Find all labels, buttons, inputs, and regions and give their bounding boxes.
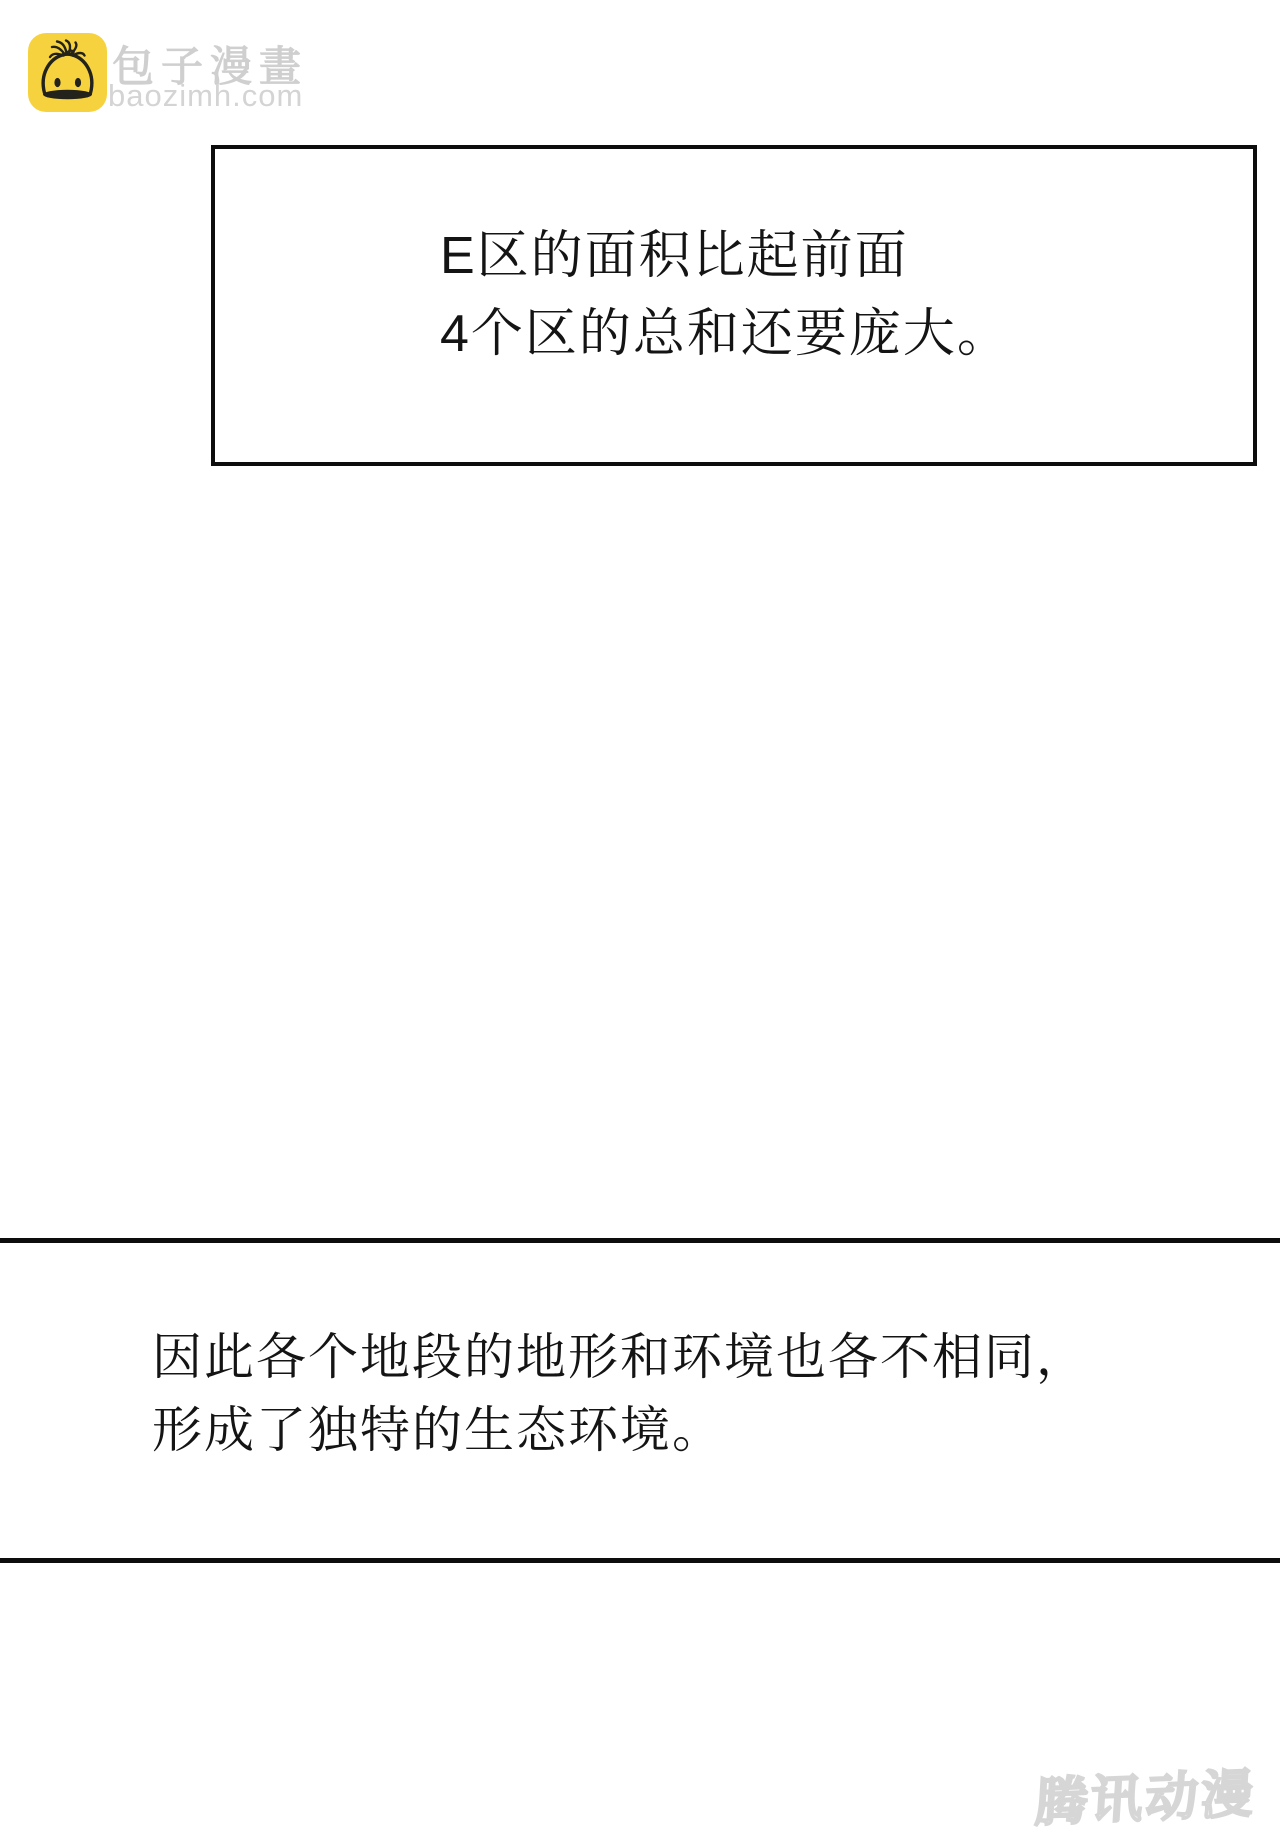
- caption-strip-panel: 因此各个地段的地形和环境也各不相同， 形成了独特的生态环境。: [0, 1238, 1280, 1563]
- logo-site-url: baozimh.com: [108, 78, 303, 114]
- site-logo: 包子漫畫 baozimh.com: [0, 0, 420, 130]
- speech-box-line-2: 4个区的总和还要庞大。: [440, 295, 1011, 373]
- caption-strip-line-2: 形成了独特的生态环境。: [152, 1394, 1088, 1467]
- caption-strip-line-1: 因此各个地段的地形和环境也各不相同，: [152, 1321, 1088, 1394]
- speech-box-line-1: E区的面积比起前面: [440, 217, 1011, 295]
- speech-box-panel: E区的面积比起前面 4个区的总和还要庞大。: [211, 145, 1257, 466]
- speech-box-text: E区的面积比起前面 4个区的总和还要庞大。: [440, 217, 1011, 373]
- caption-strip-text: 因此各个地段的地形和环境也各不相同， 形成了独特的生态环境。: [152, 1321, 1088, 1467]
- baozi-bun-icon: [28, 33, 107, 112]
- baozi-bun-drawing: [28, 33, 107, 112]
- tencent-comics-watermark: 腾讯动漫: [1033, 1751, 1258, 1836]
- comic-page: { "page": { "background_color": "#FFFFFF…: [0, 0, 1280, 1841]
